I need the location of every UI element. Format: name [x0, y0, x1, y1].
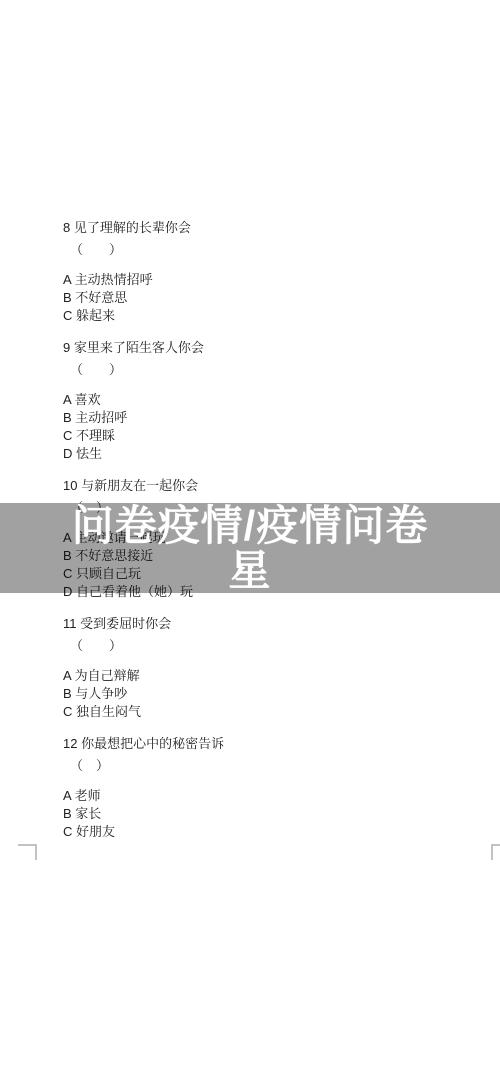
option-line: B 不好意思: [63, 289, 443, 307]
question-text: 11 受到委屈时你会: [63, 615, 443, 633]
answer-blank: （ ）: [63, 757, 443, 775]
question-block: 12 你最想把心中的秘密告诉 （ ） A 老师B 家长C 好朋友: [63, 735, 443, 841]
option-list: A 老师B 家长C 好朋友: [63, 787, 443, 841]
question-text: 12 你最想把心中的秘密告诉: [63, 735, 443, 753]
option-line: B 主动招呼: [63, 409, 443, 427]
watermark-overlay: 问卷疫情/疫情问卷 星: [0, 503, 500, 593]
option-line: D 怯生: [63, 445, 443, 463]
option-line: C 好朋友: [63, 823, 443, 841]
option-line: A 喜欢: [63, 391, 443, 409]
option-line: C 躲起来: [63, 307, 443, 325]
question-block: 8 见了理解的长辈你会 （ ） A 主动热情招呼B 不好意思C 躲起来: [63, 219, 443, 325]
crop-mark-bottom-left-vertical: [35, 844, 37, 860]
option-line: C 不理睬: [63, 427, 443, 445]
option-line: A 主动热情招呼: [63, 271, 443, 289]
question-text: 10 与新朋友在一起你会: [63, 477, 443, 495]
answer-blank: （ ）: [63, 637, 443, 655]
answer-blank: （ ）: [63, 241, 443, 259]
question-block: 9 家里来了陌生客人你会 （ ） A 喜欢B 主动招呼C 不理睬D 怯生: [63, 339, 443, 463]
answer-blank: （ ）: [63, 361, 443, 379]
option-line: C 独自生闷气: [63, 703, 443, 721]
option-list: A 为自己辩解B 与人争吵C 独自生闷气: [63, 667, 443, 721]
watermark-text-line2: 星: [228, 548, 271, 593]
option-line: A 为自己辩解: [63, 667, 443, 685]
crop-mark-bottom-right-vertical: [491, 844, 493, 860]
option-list: A 喜欢B 主动招呼C 不理睬D 怯生: [63, 391, 443, 463]
option-list: A 主动热情招呼B 不好意思C 躲起来: [63, 271, 443, 325]
option-line: A 老师: [63, 787, 443, 805]
option-line: B 与人争吵: [63, 685, 443, 703]
question-block: 11 受到委屈时你会 （ ） A 为自己辩解B 与人争吵C 独自生闷气: [63, 615, 443, 721]
question-text: 8 见了理解的长辈你会: [63, 219, 443, 237]
watermark-text-line1: 问卷疫情/疫情问卷: [72, 503, 429, 548]
question-text: 9 家里来了陌生客人你会: [63, 339, 443, 357]
option-line: B 家长: [63, 805, 443, 823]
document-page: 8 见了理解的长辈你会 （ ） A 主动热情招呼B 不好意思C 躲起来 9 家里…: [0, 0, 500, 1083]
